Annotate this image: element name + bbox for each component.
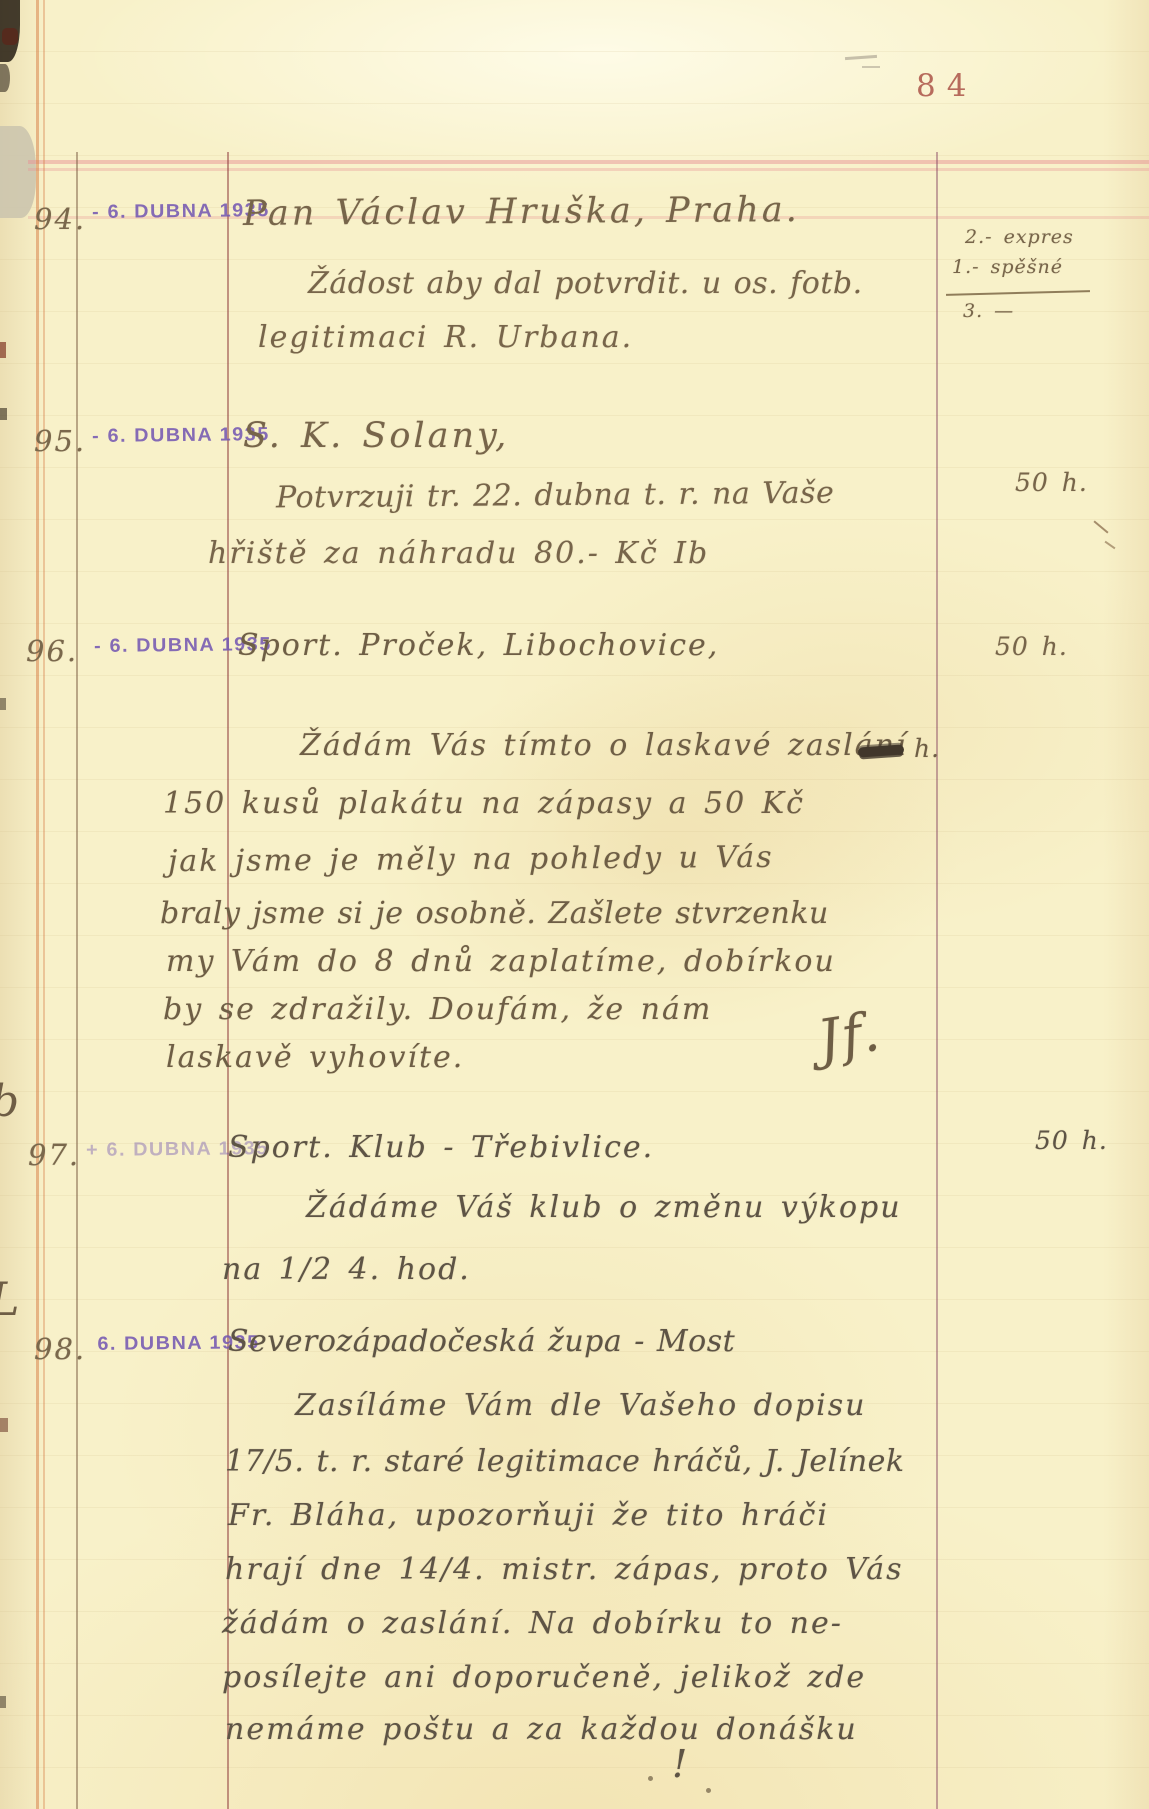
handwritten-line: Potvrzuji tr. 22. dubna t. r. na Vaše xyxy=(276,476,835,516)
annotation: 1.- spěšné xyxy=(952,256,1063,278)
entry-number: 97. xyxy=(28,1138,80,1172)
entry-number: 96. xyxy=(26,634,78,668)
annotation: 50 h. xyxy=(1035,1126,1108,1155)
handwritten-line: Žádáme Váš klub o změnu výkopu xyxy=(306,1190,902,1225)
handwritten-line: jak jsme je měly na pohledy u Vás xyxy=(168,840,774,879)
page-number: 84 xyxy=(916,68,977,104)
handwritten-line: žádám o zaslání. Na dobírku to ne- xyxy=(222,1606,843,1641)
pencil-dash xyxy=(845,55,877,60)
annotation: 50 h. xyxy=(995,632,1068,661)
entry-number: 98. xyxy=(34,1332,86,1366)
ink-scratch xyxy=(1093,520,1108,533)
scan-edge-blot xyxy=(0,64,10,92)
scan-edge-blot xyxy=(0,698,6,710)
header-rule xyxy=(28,160,1149,164)
handwritten-line: braly jsme si je osobně. Zašlete stvrzen… xyxy=(160,896,829,931)
handwritten-line: nemáme poštu a za každou donášku xyxy=(225,1712,858,1747)
handwritten-line: Žádám Vás tímto o laskavé zaslání xyxy=(300,728,908,763)
annotation: h. xyxy=(914,734,940,763)
handwritten-line: laskavě vyhovíte. xyxy=(166,1040,464,1075)
handwritten-line: na 1/2 4. hod. xyxy=(222,1252,471,1287)
handwritten-line: Žádost aby dal potvrdit. u os. fotb. xyxy=(308,266,863,301)
margin-stray-mark: L xyxy=(0,1272,20,1326)
column-rule xyxy=(76,152,78,1809)
scan-edge-blot xyxy=(0,1418,8,1432)
handwritten-line: Severozápadočeská župa - Most xyxy=(228,1324,735,1359)
header-rule xyxy=(28,168,1149,171)
handwritten-line: legitimaci R. Urbana. xyxy=(258,320,633,355)
scan-edge-blot xyxy=(2,28,18,45)
handwritten-line: Pan Václav Hruška, Praha. xyxy=(243,190,800,234)
entry-number: 95. xyxy=(34,424,86,458)
annotation: 3. — xyxy=(963,300,1014,322)
handwritten-line: Sport. Klub - Třebivlice. xyxy=(228,1130,654,1165)
handwritten-line: Zasíláme Vám dle Vašeho dopisu xyxy=(295,1388,866,1423)
stamp-dash: - xyxy=(92,426,100,447)
annotation: 2.- expres xyxy=(965,226,1074,248)
annotation-underline xyxy=(946,290,1090,296)
torn-corner xyxy=(0,126,36,218)
handwritten-line: Sport. Proček, Libochovice, xyxy=(238,628,719,663)
ledger-page: b L 84 94. -6. DUBNA 1935 Pan Václav Hru… xyxy=(0,0,1149,1809)
stamp-dash: - xyxy=(94,636,102,657)
handwritten-line: my Vám do 8 dnů zaplatíme, dobírkou xyxy=(166,944,836,979)
handwritten-line: posílejte ani doporučeně, jelikož zde xyxy=(222,1660,866,1695)
margin-stray-mark: b xyxy=(0,1076,19,1127)
handwritten-line: Fr. Bláha, upozorňuji že tito hráči xyxy=(228,1498,829,1533)
exclamation-mark: ! xyxy=(672,1742,689,1786)
scan-edge-blot xyxy=(0,408,7,420)
margin-rule xyxy=(36,0,39,1809)
handwritten-line: hřiště za náhradu 80.- Kč Ib xyxy=(208,536,709,571)
handwritten-line: 150 kusů plakátu na zápasy a 50 Kč xyxy=(163,786,805,821)
stamp-dash: - xyxy=(92,202,100,223)
signature: Jf. xyxy=(813,999,885,1071)
pencil-dash xyxy=(862,66,880,68)
ink-dot xyxy=(706,1788,711,1793)
handwritten-line: S. K. Solany, xyxy=(243,416,509,456)
ink-dot xyxy=(648,1776,653,1781)
ink-scratch xyxy=(1105,541,1116,550)
handwritten-line: by se zdražily. Doufám, že nám xyxy=(163,992,712,1027)
scan-edge-blot xyxy=(0,1696,6,1708)
column-rule xyxy=(936,152,938,1809)
entry-number: 94. xyxy=(34,202,86,236)
margin-rule xyxy=(43,0,45,1809)
stamp-dash: + xyxy=(86,1140,99,1161)
annotation: 50 h. xyxy=(1015,468,1088,497)
handwritten-line: 17/5. t. r. staré legitimace hráčů, J. J… xyxy=(225,1444,905,1479)
scan-edge-blot xyxy=(0,342,6,358)
handwritten-line: hrají dne 14/4. mistr. zápas, proto Vás xyxy=(225,1552,904,1587)
